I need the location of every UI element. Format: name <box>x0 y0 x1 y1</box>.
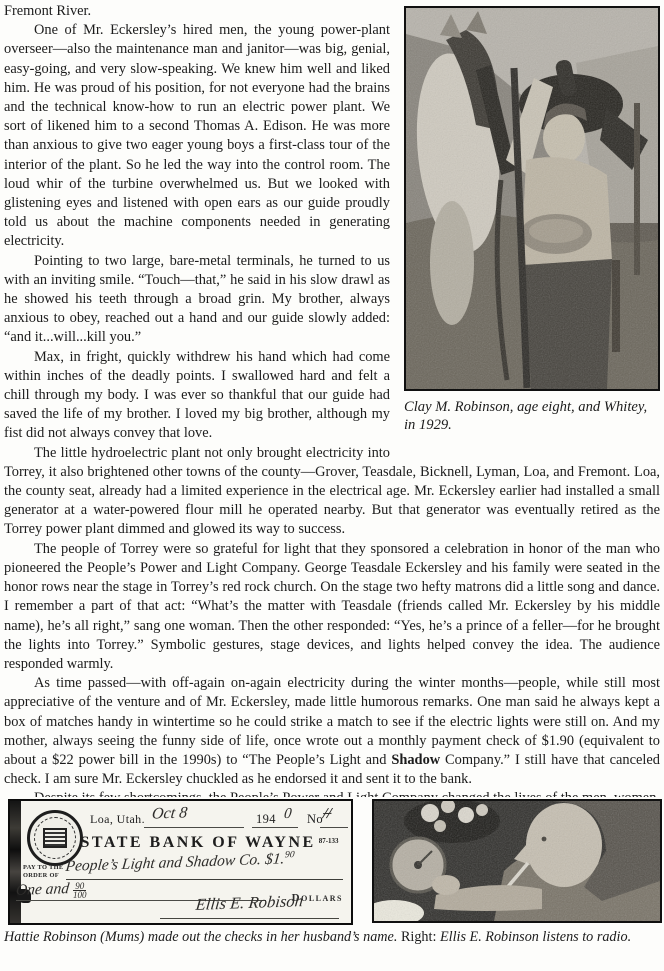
scanned-book-page: Clay M. Robinson, age eight, and Whitey,… <box>0 0 664 971</box>
payee-cents: 90 <box>284 850 295 860</box>
signature-handwritten: Ellis E. Robison <box>195 891 304 915</box>
radio-listener-photo-art <box>374 801 660 921</box>
paragraph-6: As time passed—with off-again on-again e… <box>4 674 660 789</box>
bottom-caption: Hattie Robinson (Mums) made out the chec… <box>4 929 662 946</box>
paragraph-4: The little hydroelectric plant not only … <box>4 444 660 540</box>
boy-and-horse-caption: Clay M. Robinson, age eight, and Whitey,… <box>404 398 660 434</box>
boy-and-horse-figure: Clay M. Robinson, age eight, and Whitey,… <box>404 6 660 434</box>
boy-and-horse-photo <box>404 6 660 391</box>
payee-text: People’s Light and Shadow Co. $1. <box>65 850 286 875</box>
check-number-line <box>320 801 348 828</box>
bank-name-line: STATE BANK OF WAYNE87-133 <box>72 834 347 852</box>
pay-label-line1: Pay to the <box>23 864 63 871</box>
bottom-caption-right: Ellis E. Robinson listens to radio. <box>440 929 631 945</box>
bank-check-image: Loa, Utah. Oct 8 194 0 No // STATE BANK … <box>8 799 353 925</box>
bank-routing-code: 87-133 <box>319 837 339 845</box>
boy-and-horse-photo-art <box>406 8 658 389</box>
check-year-line <box>252 801 298 828</box>
bottom-caption-left: Hattie Robinson (Mums) made out the chec… <box>4 929 401 945</box>
radio-listener-photo <box>372 799 662 923</box>
check-place-label: Loa, Utah. <box>90 812 145 827</box>
bank-seal-emblem <box>43 828 67 848</box>
bottom-caption-right-label: Right: <box>401 929 440 945</box>
payee-handwritten: People’s Light and Shadow Co. $1.90 <box>65 850 295 876</box>
paragraph-5: The people of Torrey were so grateful fo… <box>4 540 660 674</box>
bank-seal-ring <box>34 817 76 859</box>
article-text: Clay M. Robinson, age eight, and Whitey,… <box>4 2 660 797</box>
check-torn-edge <box>10 801 21 923</box>
paragraph-7: Despite its few shortcomings, the People… <box>4 789 660 797</box>
paragraph-6-bold-word: Shadow <box>391 752 440 768</box>
signature-line: Ellis E. Robison <box>160 893 339 919</box>
bank-name: STATE BANK OF WAYNE <box>80 834 315 851</box>
check-date-line <box>144 801 244 828</box>
